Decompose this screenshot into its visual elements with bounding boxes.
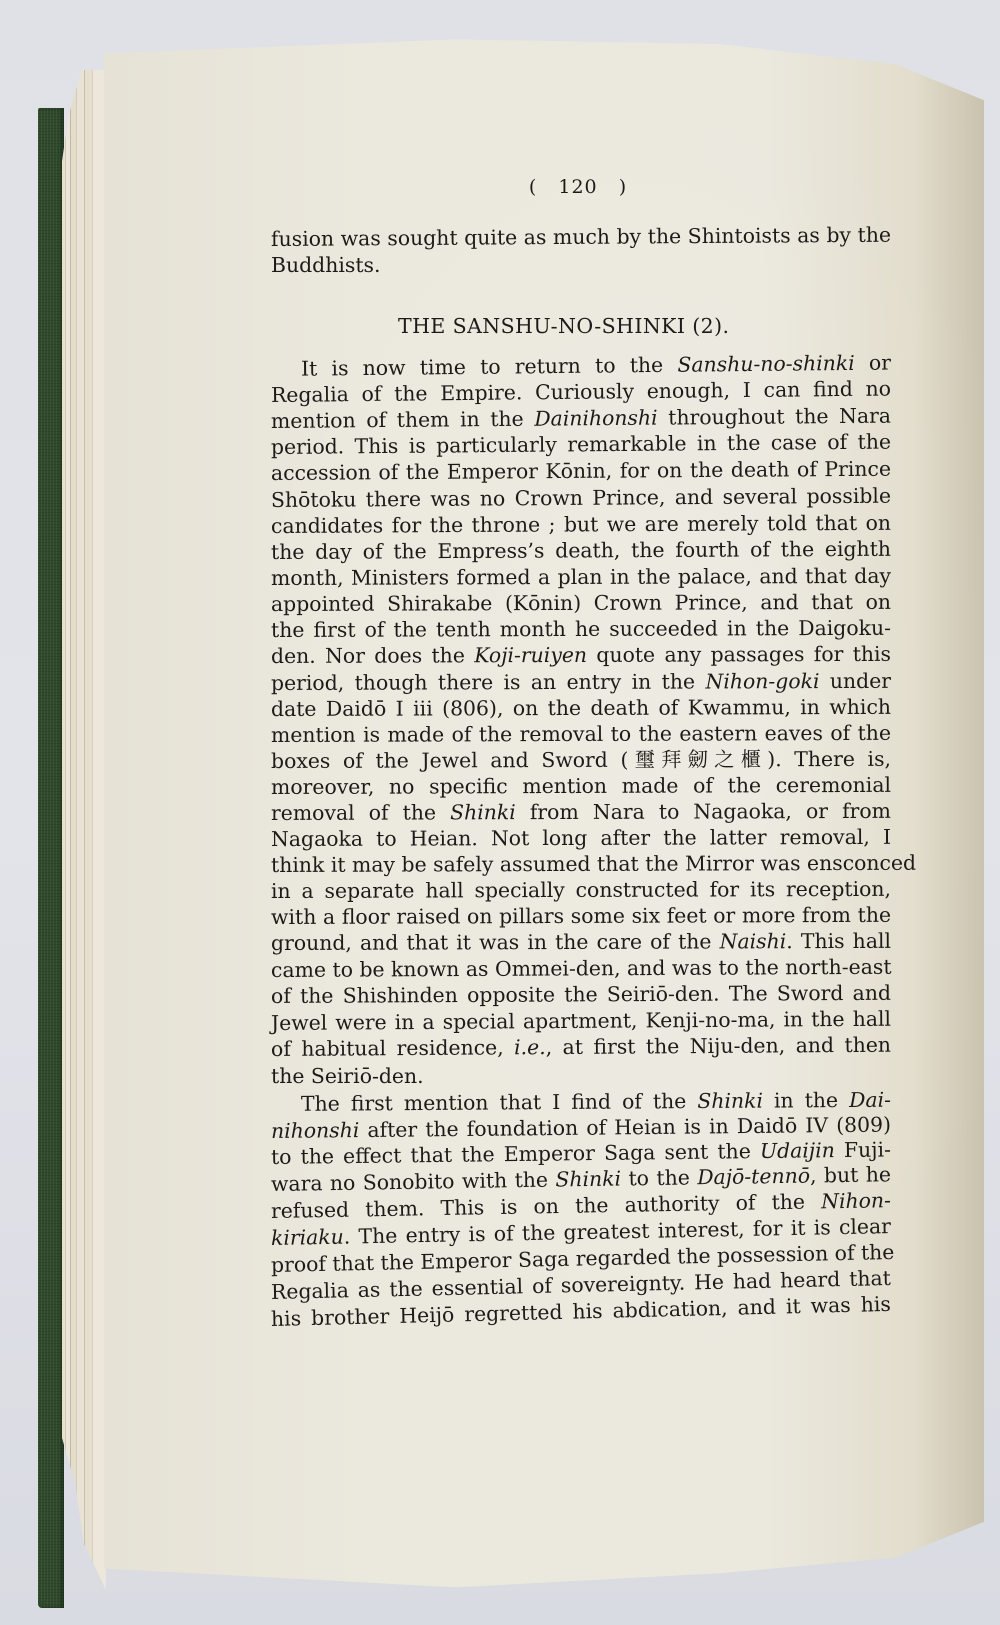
text-line: period, though there is an entry in the … <box>271 668 891 696</box>
text-line: the Seiriō-den. <box>271 1063 891 1089</box>
text-run: of the Shishinden opposite the Seiriō-de… <box>271 981 891 1008</box>
text-line: with a floor raised on pillars some six … <box>271 902 891 930</box>
text-run: Buddhists. <box>271 253 380 277</box>
text-line: in a separate hall specially constructed… <box>271 876 891 904</box>
text-run: mention is made of the removal to the ea… <box>271 721 891 747</box>
text-run: from Nara to Nagaoka, or from <box>516 799 891 824</box>
text-run: under <box>819 669 891 693</box>
text-run: think it may be safely assumed that the … <box>271 851 916 877</box>
italic-term: Dainihonshi <box>534 406 658 431</box>
text-line: ground, and that it was in the care of t… <box>271 928 891 956</box>
open-book-photo: ( 120 ) THE SANSHU-NO-SHINKI (2). fusion… <box>0 0 1000 1625</box>
text-run: date Daidō I iii (806), on the death of … <box>271 695 891 721</box>
text-run: of habitual residence, <box>271 1035 514 1061</box>
text-line: Nagaoka to Heian. Not long after the lat… <box>271 824 891 852</box>
text-run: with a floor raised on pillars some six … <box>271 903 891 929</box>
text-run: removal of the <box>271 800 450 825</box>
text-run: mention of them in the <box>271 407 534 433</box>
text-line: den. Nor does the Koji-ruiyen quote any … <box>271 641 891 669</box>
text-run: throughout the Nara <box>658 404 892 430</box>
text-run: appointed Shirakabe (Kōnin) Crown Prince… <box>271 590 891 616</box>
italic-term: nihonshi <box>271 1118 360 1143</box>
text-run: Nagaoka to Heian. Not long after the lat… <box>271 825 891 851</box>
text-line: month, Ministers formed a plan in the pa… <box>271 563 891 591</box>
italic-term: Shinki <box>555 1167 621 1192</box>
page-number-paren-close: ) <box>619 176 627 198</box>
text-run: den. Nor does the <box>271 643 474 668</box>
text-line: removal of the Shinki from Nara to Nagao… <box>271 798 891 826</box>
section-heading: THE SANSHU-NO-SHINKI (2). <box>398 314 729 338</box>
italic-term: Shinki <box>697 1089 763 1113</box>
text-line: the day of the Empress’s death, the four… <box>271 536 891 565</box>
page-edges <box>62 70 106 1590</box>
text-line: appointed Shirakabe (Kōnin) Crown Prince… <box>271 589 891 617</box>
text-line: Buddhists. <box>271 252 891 278</box>
text-line: of habitual residence, i.e., at first th… <box>271 1032 891 1062</box>
text-run: month, Ministers formed a plan in the pa… <box>271 564 891 590</box>
text-line: candidates for the throne ; but we are m… <box>271 510 891 539</box>
page-number: ( 120 ) <box>508 176 648 198</box>
book-spine-cloth <box>38 108 64 1608</box>
text-line: Shōtoku there was no Crown Prince, and s… <box>271 483 891 513</box>
text-run: Jewel were in a special apartment, Kenji… <box>271 1007 891 1035</box>
italic-term: Naishi <box>720 929 787 953</box>
text-line: accession of the Emperor Kōnin, for on t… <box>271 456 891 486</box>
text-run: It is now time to return to the <box>301 353 678 381</box>
text-run: candidates for the throne ; but we are m… <box>271 511 891 538</box>
text-line: the first of the tenth month he succeede… <box>271 615 891 643</box>
text-run: moreover, no specific mention made of th… <box>271 773 891 799</box>
text-line: fusion was sought quite as much by the S… <box>271 222 891 252</box>
text-run: to the <box>621 1165 698 1190</box>
text-run: came to be known as Ommei-den, and was t… <box>271 955 892 982</box>
italic-term: Shinki <box>450 800 516 824</box>
text-line: mention is made of the removal to the ea… <box>271 720 891 748</box>
text-run: wara no Sonobito with the <box>271 1168 556 1196</box>
text-line: think it may be safely assumed that the … <box>271 850 891 878</box>
text-run: the day of the Empress’s death, the four… <box>271 537 891 564</box>
page-number-value: 120 <box>558 176 597 198</box>
italic-term: Nihon-goki <box>705 669 819 693</box>
text-run: period. This is particularly remarkable … <box>271 430 891 459</box>
text-run: the Seiriō-den. <box>271 1064 424 1088</box>
text-run: , at first the Niju-den, and then <box>546 1033 891 1059</box>
text-run: accession of the Emperor Kōnin, for on t… <box>271 457 891 485</box>
text-run: Fuji- <box>835 1137 891 1162</box>
italic-term: Nihon- <box>821 1188 891 1213</box>
text-run: . This hall <box>786 929 891 953</box>
italic-term: Koji-ruiyen <box>474 643 587 667</box>
text-run: Shōtoku there was no Crown Prince, and s… <box>271 484 891 512</box>
italic-term: Udaijin <box>760 1138 835 1163</box>
text-run: in the <box>763 1088 849 1113</box>
text-run: The first mention that I find of the <box>301 1089 697 1116</box>
text-run: quote any passages for this <box>587 642 891 667</box>
text-run: in a separate hall specially constructed… <box>271 877 891 903</box>
italic-term: Dajō-tennō <box>697 1164 810 1190</box>
text-run: or <box>855 351 892 375</box>
text-line: came to be known as Ommei-den, and was t… <box>271 954 891 983</box>
text-run: boxes of the Jewel and Sword (璽拜劒之櫃). Th… <box>271 747 891 773</box>
text-run: period, though there is an entry in the <box>271 669 706 695</box>
italic-term: kiriaku <box>271 1225 344 1250</box>
text-line: date Daidō I iii (806), on the death of … <box>271 694 891 722</box>
italic-term: i.e. <box>514 1035 546 1059</box>
italic-term: Sanshu-no-shinki <box>677 351 855 377</box>
italic-term: Dai- <box>849 1088 891 1112</box>
text-run: ground, and that it was in the care of t… <box>271 929 720 955</box>
text-line: of the Shishinden opposite the Seiriō-de… <box>271 980 891 1009</box>
text-line: boxes of the Jewel and Sword (璽拜劒之櫃). Th… <box>271 746 891 774</box>
text-line: period. This is particularly remarkable … <box>271 429 891 460</box>
text-line: moreover, no specific mention made of th… <box>271 772 891 800</box>
page-number-paren-open: ( <box>529 176 537 198</box>
text-run: , but he <box>810 1162 891 1187</box>
text-run: the first of the tenth month he succeede… <box>271 616 891 642</box>
text-run: fusion was sought quite as much by the S… <box>271 223 891 251</box>
